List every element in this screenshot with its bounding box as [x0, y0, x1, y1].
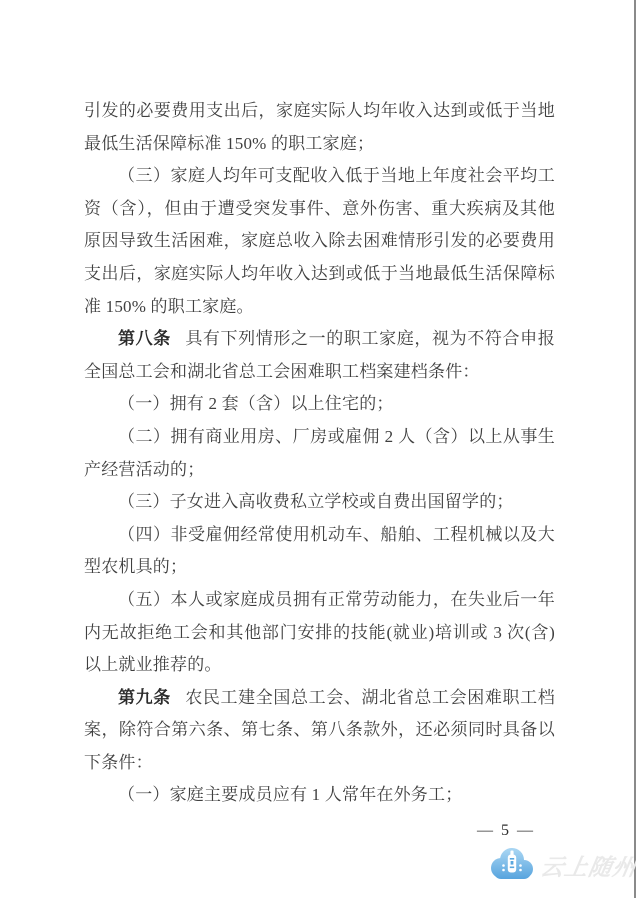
article-9-label: 第九条 — [118, 688, 171, 707]
cloud-logo-icon — [487, 846, 537, 884]
paragraph-item-3: （三）子女进入高收费私立学校或自费出国留学的； — [84, 486, 555, 519]
paragraph-item-5: （五）本人或家庭成员拥有正常劳动能力，在失业后一年内无故拒绝工会和其他部门安排的… — [84, 584, 555, 682]
paragraph-item-2: （二）拥有商业用房、厂房或雇佣 2 人（含）以上从事生产经营活动的； — [84, 421, 555, 486]
article-8-label: 第八条 — [118, 329, 171, 348]
paragraph-text: （一）家庭主要成员应有 1 人常年在外务工； — [118, 785, 462, 804]
paragraph-article-8: 第八条具有下列情形之一的职工家庭，视为不符合申报全国总工会和湖北省总工会困难职工… — [84, 323, 555, 388]
paragraph-text: （一）拥有 2 套（含）以上住宅的； — [118, 394, 394, 413]
document-page: 引发的必要费用支出后，家庭实际人均年收入达到或低于当地最低生活保障标准 150%… — [0, 0, 636, 898]
watermark-text: 云上随州 — [538, 849, 636, 882]
paragraph-item-1-article-9: （一）家庭主要成员应有 1 人常年在外务工； — [84, 779, 555, 812]
paragraph-text: （二）拥有商业用房、厂房或雇佣 2 人（含）以上从事生产经营活动的； — [84, 427, 555, 479]
paragraph-text: （五）本人或家庭成员拥有正常劳动能力，在失业后一年内无故拒绝工会和其他部门安排的… — [84, 590, 555, 674]
paragraph-text: （三）子女进入高收费私立学校或自费出国留学的； — [118, 492, 514, 511]
paragraph-text: 引发的必要费用支出后，家庭实际人均年收入达到或低于当地最低生活保障标准 150%… — [84, 101, 555, 153]
paragraph-text: （四）非受雇佣经常使用机动车、船舶、工程机械以及大型农机具的； — [84, 525, 555, 577]
paragraph-text: （三）家庭人均年可支配收入低于当地上年度社会平均工资（含），但由于遭受突发事件、… — [84, 166, 555, 315]
document-body-text: 引发的必要费用支出后，家庭实际人均年收入达到或低于当地最低生活保障标准 150%… — [84, 95, 555, 812]
page-number: — 5 — — [456, 822, 556, 840]
scanned-document-screenshot: { "page": { "background": "#ffffff", "ri… — [0, 0, 636, 898]
paragraph-continuation: 引发的必要费用支出后，家庭实际人均年收入达到或低于当地最低生活保障标准 150%… — [84, 95, 555, 160]
paragraph-item-4: （四）非受雇佣经常使用机动车、船舶、工程机械以及大型农机具的； — [84, 519, 555, 584]
paragraph-clause-3: （三）家庭人均年可支配收入低于当地上年度社会平均工资（含），但由于遭受突发事件、… — [84, 160, 555, 323]
paragraph-item-1: （一）拥有 2 套（含）以上住宅的； — [84, 388, 555, 421]
watermark-logo: 云上随州 — [487, 846, 636, 884]
paragraph-article-9: 第九条农民工建全国总工会、湖北省总工会困难职工档案，除符合第六条、第七条、第八条… — [84, 682, 555, 780]
